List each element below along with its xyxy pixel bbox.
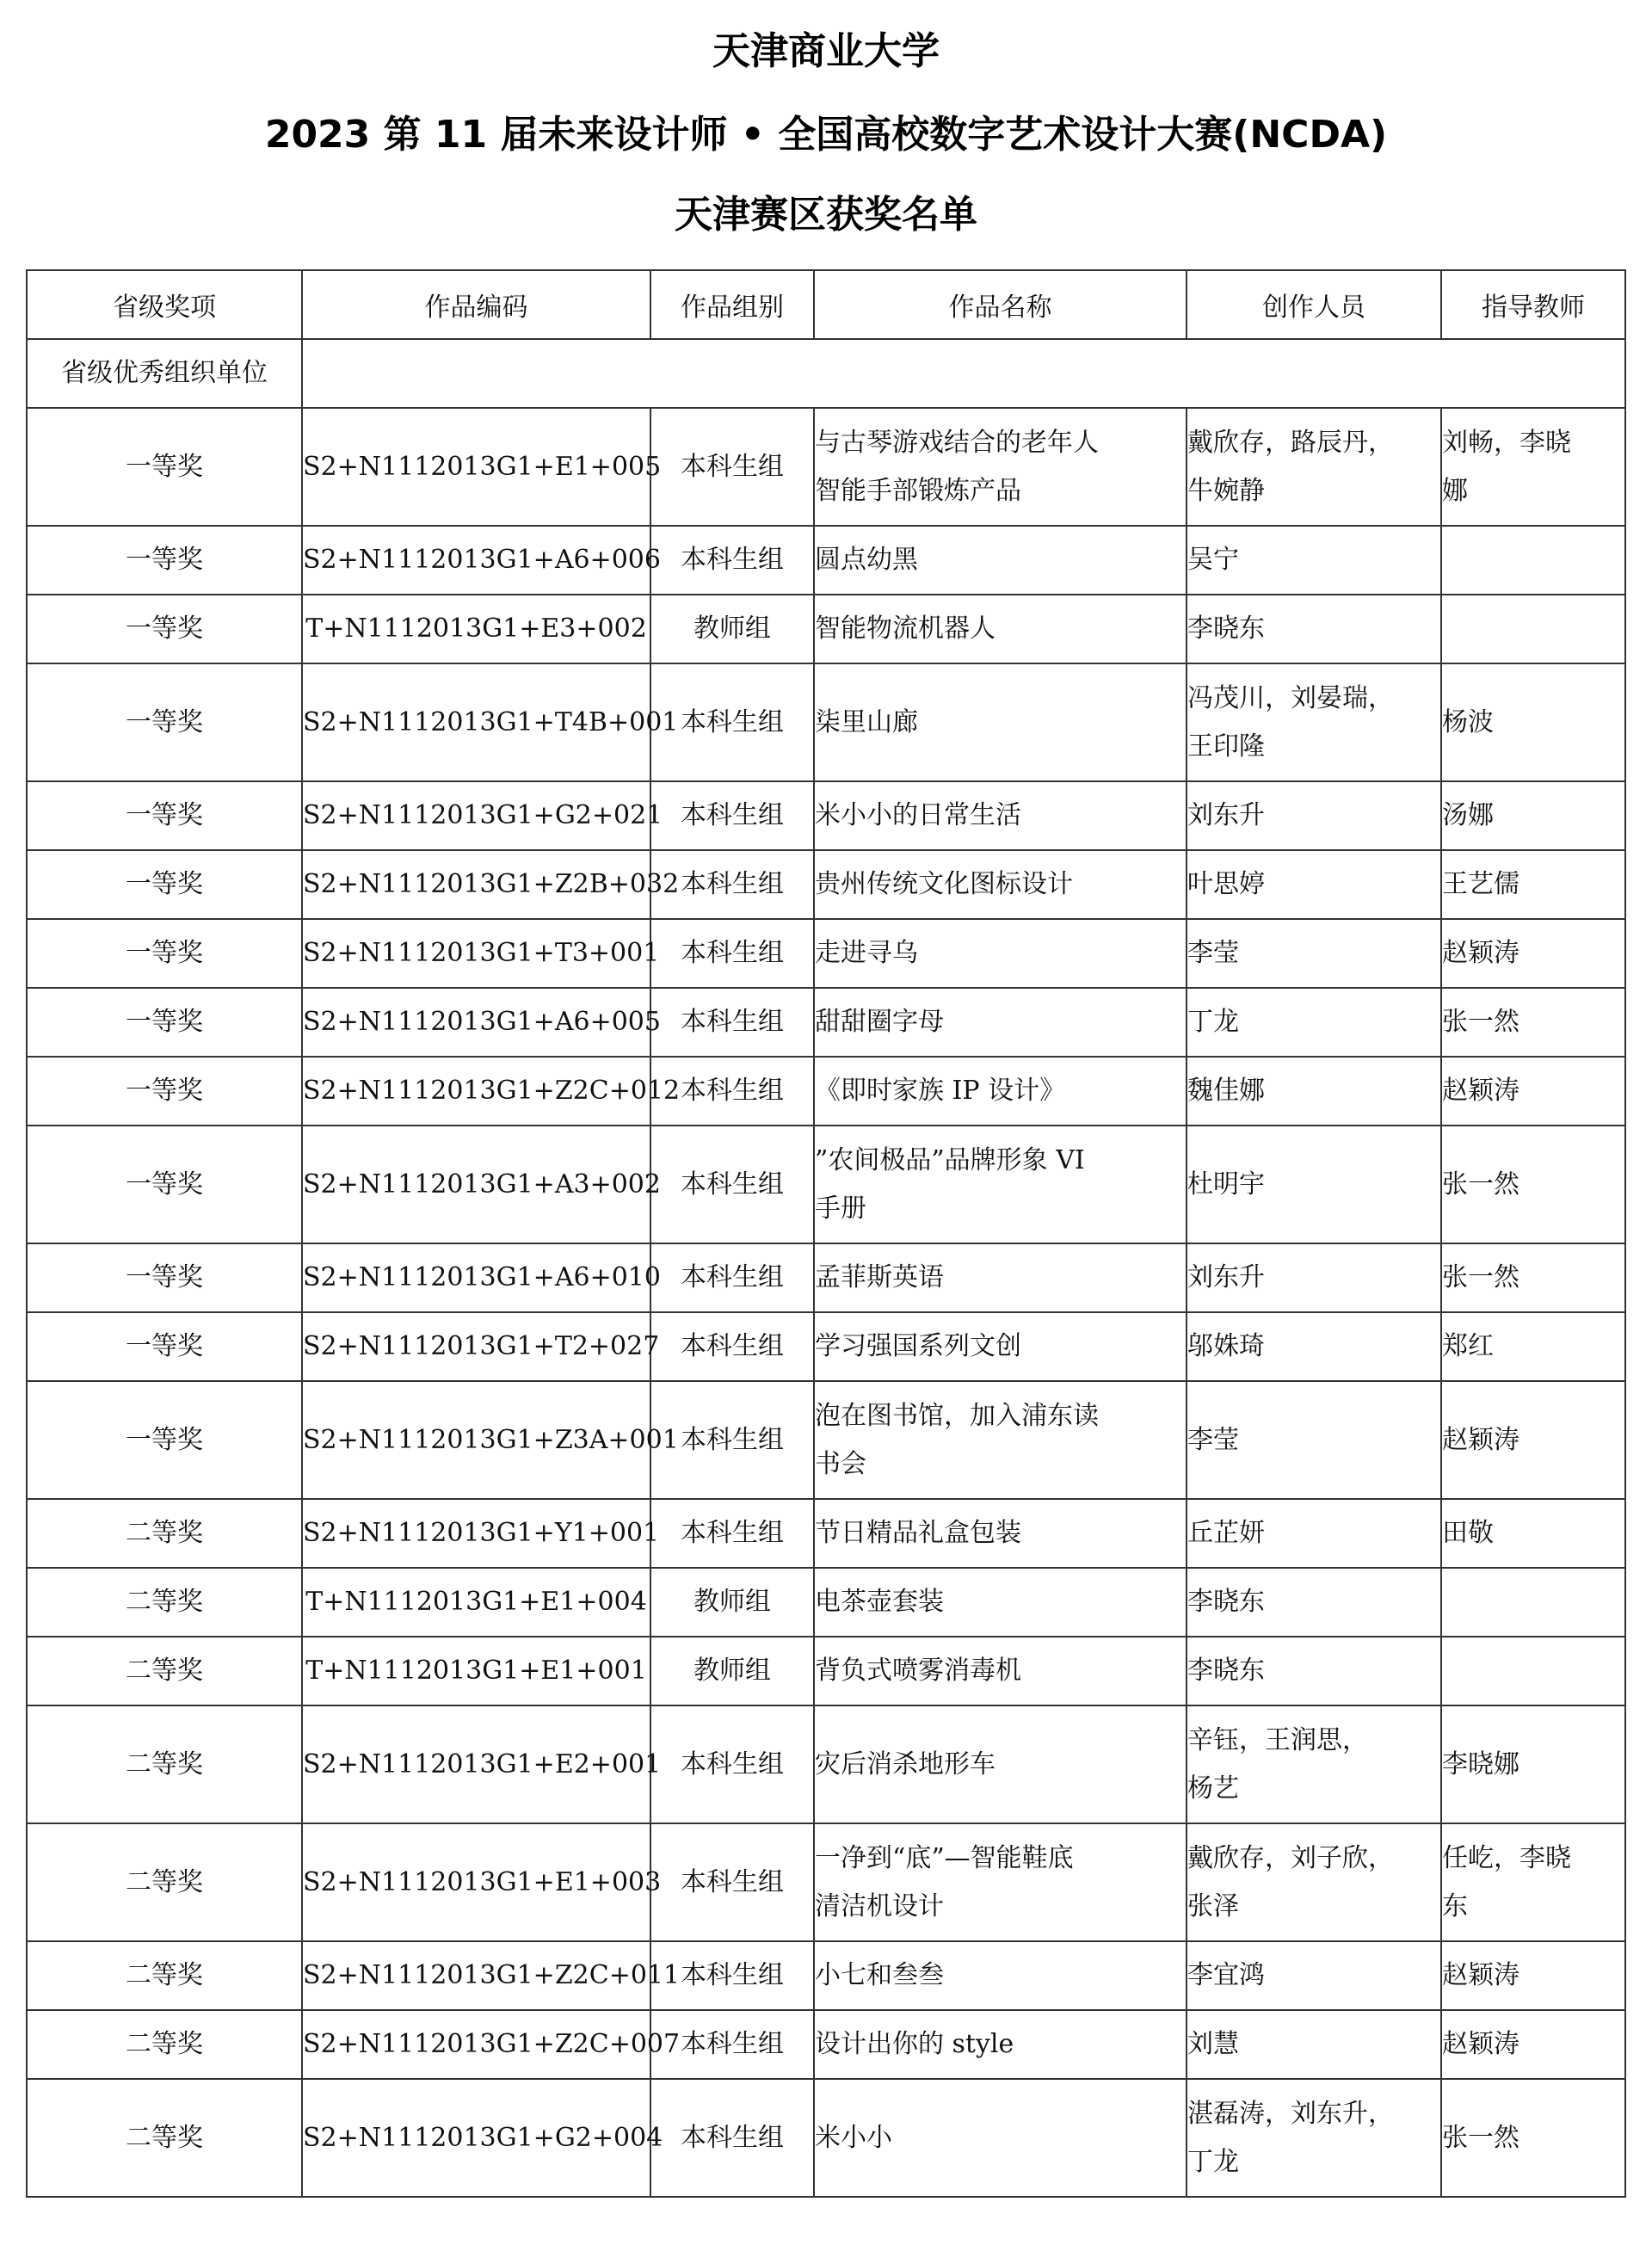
cell-award: 一等奖	[27, 781, 302, 850]
cell-group: 本科生组	[650, 1499, 814, 1568]
cell-text-award: 二等奖	[28, 1952, 301, 2000]
column-header-code: 作品编码	[302, 270, 650, 339]
cell-award: 二等奖	[27, 2079, 302, 2197]
cell-text-award: 二等奖	[28, 1647, 301, 1695]
cell-group: 本科生组	[650, 2079, 814, 2197]
cell-title: 与古琴游戏结合的老年人 智能手部锻炼产品	[814, 408, 1187, 526]
cell-code: S2+N1112013G1+Z2C+011	[302, 1941, 650, 2010]
cell-text-title: 米小小的日常生活	[815, 792, 1186, 840]
cell-text-group: 本科生组	[651, 1254, 813, 1302]
cell-text-title: 与古琴游戏结合的老年人 智能手部锻炼产品	[815, 419, 1186, 515]
cell-text-code: S2+N1112013G1+A6+010	[303, 1254, 650, 1302]
cell-text-creators: 刘东升	[1187, 792, 1440, 840]
cell-text-code: S2+N1112013G1+Z3A+001	[303, 1416, 650, 1465]
cell-award: 一等奖	[27, 1381, 302, 1499]
cell-text-award: 二等奖	[28, 1578, 301, 1626]
cell-text-advisors: 张一然	[1442, 998, 1624, 1046]
cell-text-code: S2+N1112013G1+Z2C+007	[303, 2020, 650, 2069]
cell-award: 二等奖	[27, 1637, 302, 1705]
cell-text-code: S2+N1112013G1+E1+003	[303, 1859, 650, 1907]
cell-text-code: S2+N1112013G1+Z2C+012	[303, 1067, 650, 1115]
cell-text-title: 电茶壶套装	[815, 1578, 1186, 1626]
cell-code: S2+N1112013G1+A6+006	[302, 526, 650, 595]
competition-title: 2023 第 11 届未来设计师 • 全国高校数字艺术设计大赛(NCDA)	[0, 116, 1652, 154]
cell-text-group: 本科生组	[651, 1323, 813, 1371]
cell-text-creators: 李莹	[1187, 929, 1440, 978]
cell-creators: 叶思婷	[1187, 850, 1441, 919]
cell-code: T+N1112013G1+E1+004	[302, 1568, 650, 1637]
cell-award: 一等奖	[27, 1312, 302, 1381]
table-row: 一等奖 S2+N1112013G1+T4B+001 本科生组 柒里山廊 冯茂川，…	[27, 663, 1625, 781]
cell-title: 设计出你的 style	[814, 2010, 1187, 2079]
cell-text-creators: 李晓东	[1187, 1647, 1440, 1695]
cell-text-code: S2+N1112013G1+A6+006	[303, 536, 650, 584]
cell-creators: 戴欣存，路辰丹， 牛婉静	[1187, 408, 1441, 526]
cell-code: S2+N1112013G1+A6+010	[302, 1243, 650, 1312]
cell-creators: 李晓东	[1187, 1568, 1441, 1637]
cell-text-code: T+N1112013G1+E1+004	[303, 1578, 650, 1626]
cell-group: 本科生组	[650, 408, 814, 526]
cell-text-title: 智能物流机器人	[815, 605, 1186, 653]
cell-award: 一等奖	[27, 526, 302, 595]
cell-title: 米小小的日常生活	[814, 781, 1187, 850]
cell-text-creators: 李宜鸿	[1187, 1952, 1440, 2000]
cell-code: S2+N1112013G1+T2+027	[302, 1312, 650, 1381]
table-row: 一等奖 S2+N1112013G1+A3+002 本科生组 ”农间极品”品牌形象…	[27, 1126, 1625, 1243]
cell-text-code: S2+N1112013G1+Y1+001	[303, 1509, 650, 1557]
cell-creators: 丘芷妍	[1187, 1499, 1441, 1568]
cell-text-award: 一等奖	[28, 699, 301, 747]
cell-text-award: 二等奖	[28, 2114, 301, 2162]
cell-code: T+N1112013G1+E3+002	[302, 595, 650, 663]
cell-title: 小七和叁叁	[814, 1941, 1187, 2010]
cell-advisors: 张一然	[1441, 1126, 1625, 1243]
column-header-creators: 创作人员	[1187, 270, 1441, 339]
cell-text-advisors: 赵颖涛	[1442, 2020, 1624, 2069]
table-row: 一等奖 S2+N1112013G1+Z3A+001 本科生组 泡在图书馆，加入浦…	[27, 1381, 1625, 1499]
cell-text-title: 贵州传统文化图标设计	[815, 860, 1186, 909]
table-row: 一等奖 S2+N1112013G1+Z2B+032 本科生组 贵州传统文化图标设…	[27, 850, 1625, 919]
cell-text-award: 二等奖	[28, 1859, 301, 1907]
cell-text-creators: 李晓东	[1187, 1578, 1440, 1626]
cell-text-advisors: 张一然	[1442, 1254, 1624, 1302]
cell-text-title: ”农间极品”品牌形象 VI 手册	[815, 1137, 1186, 1233]
cell-title: 《即时家族 IP 设计》	[814, 1057, 1187, 1126]
column-header-group: 作品组别	[650, 270, 814, 339]
cell-code: S2+N1112013G1+A3+002	[302, 1126, 650, 1243]
cell-text-title: 学习强国系列文创	[815, 1323, 1186, 1371]
university-title: 天津商业大学	[0, 33, 1652, 71]
cell-text-title: 小七和叁叁	[815, 1952, 1186, 2000]
cell-code: S2+N1112013G1+T4B+001	[302, 663, 650, 781]
cell-text-award: 一等奖	[28, 792, 301, 840]
cell-group: 教师组	[650, 595, 814, 663]
cell-code: T+N1112013G1+E1+001	[302, 1637, 650, 1705]
column-header-advisors: 指导教师	[1441, 270, 1625, 339]
cell-advisors	[1441, 595, 1625, 663]
cell-text-creators: 刘东升	[1187, 1254, 1440, 1302]
cell-text-title: 《即时家族 IP 设计》	[815, 1067, 1186, 1115]
cell-creators: 湛磊涛，刘东升， 丁龙	[1187, 2079, 1441, 2197]
cell-text-code: S2+N1112013G1+G2+021	[303, 792, 650, 840]
cell-creators: 魏佳娜	[1187, 1057, 1441, 1126]
cell-group: 教师组	[650, 1637, 814, 1705]
cell-creators: 李晓东	[1187, 1637, 1441, 1705]
table-row: 一等奖 S2+N1112013G1+E1+005 本科生组 与古琴游戏结合的老年…	[27, 408, 1625, 526]
cell-text-group: 教师组	[651, 1647, 813, 1695]
cell-advisors: 赵颖涛	[1441, 2010, 1625, 2079]
cell-group: 教师组	[650, 1568, 814, 1637]
cell-text-creators: 吴宁	[1187, 536, 1440, 584]
cell-text-advisors: 郑红	[1442, 1323, 1624, 1371]
cell-advisors: 李晓娜	[1441, 1705, 1625, 1823]
cell-text-advisors: 张一然	[1442, 1161, 1624, 1209]
cell-text-award: 一等奖	[28, 1067, 301, 1115]
cell-code: S2+N1112013G1+G2+004	[302, 2079, 650, 2197]
cell-text-group: 本科生组	[651, 929, 813, 978]
cell-text-code: S2+N1112013G1+T2+027	[303, 1323, 650, 1371]
cell-advisors	[1441, 1637, 1625, 1705]
cell-award: 二等奖	[27, 1941, 302, 2010]
cell-title: 米小小	[814, 2079, 1187, 2197]
table-header: 省级奖项 作品编码 作品组别 作品名称 创作人员 指导教师	[27, 270, 1625, 339]
cell-award: 一等奖	[27, 595, 302, 663]
cell-text-title: 孟菲斯英语	[815, 1254, 1186, 1302]
cell-text-title: 设计出你的 style	[815, 2020, 1186, 2069]
cell-award: 二等奖	[27, 1705, 302, 1823]
cell-award: 一等奖	[27, 1243, 302, 1312]
cell-text-group: 教师组	[651, 1578, 813, 1626]
cell-title: 电茶壶套装	[814, 1568, 1187, 1637]
cell-text-group: 本科生组	[651, 443, 813, 491]
cell-group: 本科生组	[650, 1312, 814, 1381]
cell-advisors: 田敬	[1441, 1499, 1625, 1568]
cell-advisors	[1441, 1568, 1625, 1637]
cell-group: 本科生组	[650, 781, 814, 850]
cell-advisors: 张一然	[1441, 2079, 1625, 2197]
cell-text-advisors: 刘畅，李晓 娜	[1442, 419, 1624, 515]
cell-advisors: 任屹，李晓 东	[1441, 1823, 1625, 1941]
cell-creators: 辛钰，王润思， 杨艺	[1187, 1705, 1441, 1823]
cell-group: 本科生组	[650, 1126, 814, 1243]
cell-text-title: 甜甜圈字母	[815, 998, 1186, 1046]
cell-text-group: 本科生组	[651, 998, 813, 1046]
table-row: 二等奖 T+N1112013G1+E1+001 教师组 背负式喷雾消毒机 李晓东	[27, 1637, 1625, 1705]
cell-creators: 刘东升	[1187, 1243, 1441, 1312]
cell-text-creators: 叶思婷	[1187, 860, 1440, 909]
cell-text-group: 本科生组	[651, 1741, 813, 1789]
cell-text-creators: 戴欣存，路辰丹， 牛婉静	[1187, 419, 1440, 515]
cell-group: 本科生组	[650, 1705, 814, 1823]
table-row: 二等奖 S2+N1112013G1+G2+004 本科生组 米小小 湛磊涛，刘东…	[27, 2079, 1625, 2197]
table-row: 二等奖 S2+N1112013G1+E1+003 本科生组 一净到“底”—智能鞋…	[27, 1823, 1625, 1941]
table-row: 二等奖 S2+N1112013G1+Y1+001 本科生组 节日精品礼盒包装 丘…	[27, 1499, 1625, 1568]
cell-text-title: 节日精品礼盒包装	[815, 1509, 1186, 1557]
cell-advisors: 汤娜	[1441, 781, 1625, 850]
cell-text-code: S2+N1112013G1+A3+002	[303, 1161, 650, 1209]
table-row: 一等奖 S2+N1112013G1+A6+006 本科生组 圆点幼黑 吴宁	[27, 526, 1625, 595]
cell-text-creators: 李莹	[1187, 1416, 1440, 1465]
awards-table: 省级奖项 作品编码 作品组别 作品名称 创作人员 指导教师 省级优秀组织单位 一…	[26, 269, 1626, 2198]
cell-title: ”农间极品”品牌形象 VI 手册	[814, 1126, 1187, 1243]
cell-text-creators: 辛钰，王润思， 杨艺	[1187, 1717, 1440, 1813]
table-row: 一等奖 T+N1112013G1+E3+002 教师组 智能物流机器人 李晓东	[27, 595, 1625, 663]
cell-code: S2+N1112013G1+E1+003	[302, 1823, 650, 1941]
column-header-award: 省级奖项	[27, 270, 302, 339]
cell-creators: 冯茂川，刘晏瑞， 王印隆	[1187, 663, 1441, 781]
cell-award: 一等奖	[27, 919, 302, 988]
cell-text-award: 一等奖	[28, 860, 301, 909]
cell-text-code: S2+N1112013G1+Z2C+011	[303, 1952, 650, 2000]
org-row: 省级优秀组织单位	[27, 339, 1625, 408]
cell-group: 本科生组	[650, 1243, 814, 1312]
cell-advisors: 杨波	[1441, 663, 1625, 781]
column-header-title: 作品名称	[814, 270, 1187, 339]
table-row: 一等奖 S2+N1112013G1+A6+010 本科生组 孟菲斯英语 刘东升 …	[27, 1243, 1625, 1312]
table-row: 二等奖 T+N1112013G1+E1+004 教师组 电茶壶套装 李晓东	[27, 1568, 1625, 1637]
cell-title: 节日精品礼盒包装	[814, 1499, 1187, 1568]
cell-text-title: 圆点幼黑	[815, 536, 1186, 584]
cell-text-title: 泡在图书馆，加入浦东读 书会	[815, 1392, 1186, 1489]
cell-text-code: S2+N1112013G1+E2+001	[303, 1741, 650, 1789]
cell-text-code: S2+N1112013G1+G2+004	[303, 2114, 650, 2162]
cell-text-creators: 李晓东	[1187, 605, 1440, 653]
cell-text-title: 一净到“底”—智能鞋底 清洁机设计	[815, 1835, 1186, 1931]
cell-text-creators: 杜明宇	[1187, 1161, 1440, 1209]
cell-code: S2+N1112013G1+E1+005	[302, 408, 650, 526]
table-body: 省级优秀组织单位 一等奖 S2+N1112013G1+E1+005 本科生组 与…	[27, 339, 1625, 2197]
cell-text-advisors: 赵颖涛	[1442, 929, 1624, 978]
cell-text-group: 本科生组	[651, 1859, 813, 1907]
cell-text-award: 一等奖	[28, 1323, 301, 1371]
cell-creators: 丁龙	[1187, 988, 1441, 1057]
cell-creators: 吴宁	[1187, 526, 1441, 595]
cell-advisors: 郑红	[1441, 1312, 1625, 1381]
cell-text-title: 米小小	[815, 2114, 1186, 2162]
cell-text-award: 一等奖	[28, 929, 301, 978]
cell-text-advisors: 赵颖涛	[1442, 1067, 1624, 1115]
org-row-label: 省级优秀组织单位	[27, 339, 302, 408]
cell-text-code: S2+N1112013G1+E1+005	[303, 443, 650, 491]
cell-text-advisors: 李晓娜	[1442, 1741, 1624, 1789]
cell-code: S2+N1112013G1+Y1+001	[302, 1499, 650, 1568]
cell-award: 二等奖	[27, 2010, 302, 2079]
cell-award: 二等奖	[27, 1499, 302, 1568]
cell-advisors: 赵颖涛	[1441, 1057, 1625, 1126]
cell-code: S2+N1112013G1+Z3A+001	[302, 1381, 650, 1499]
cell-text-title: 背负式喷雾消毒机	[815, 1647, 1186, 1695]
cell-text-group: 本科生组	[651, 1509, 813, 1557]
table-row: 一等奖 S2+N1112013G1+T3+001 本科生组 走进寻乌 李莹 赵颖…	[27, 919, 1625, 988]
cell-creators: 刘慧	[1187, 2010, 1441, 2079]
cell-title: 贵州传统文化图标设计	[814, 850, 1187, 919]
cell-code: S2+N1112013G1+Z2C+007	[302, 2010, 650, 2079]
table-row: 二等奖 S2+N1112013G1+Z2C+011 本科生组 小七和叁叁 李宜鸿…	[27, 1941, 1625, 2010]
cell-text-group: 本科生组	[651, 792, 813, 840]
cell-advisors: 张一然	[1441, 988, 1625, 1057]
cell-text-award: 一等奖	[28, 998, 301, 1046]
cell-text-code: S2+N1112013G1+Z2B+032	[303, 860, 650, 909]
cell-group: 本科生组	[650, 1823, 814, 1941]
cell-title: 一净到“底”—智能鞋底 清洁机设计	[814, 1823, 1187, 1941]
table-row: 一等奖 S2+N1112013G1+G2+021 本科生组 米小小的日常生活 刘…	[27, 781, 1625, 850]
cell-text-award: 二等奖	[28, 1509, 301, 1557]
cell-advisors: 刘畅，李晓 娜	[1441, 408, 1625, 526]
cell-text-code: T+N1112013G1+E3+002	[303, 605, 650, 653]
cell-creators: 李莹	[1187, 1381, 1441, 1499]
cell-code: S2+N1112013G1+E2+001	[302, 1705, 650, 1823]
cell-title: 圆点幼黑	[814, 526, 1187, 595]
cell-text-title: 灾后消杀地形车	[815, 1741, 1186, 1789]
cell-text-group: 本科生组	[651, 2114, 813, 2162]
cell-title: 泡在图书馆，加入浦东读 书会	[814, 1381, 1187, 1499]
list-title: 天津赛区获奖名单	[0, 196, 1652, 234]
cell-award: 一等奖	[27, 1126, 302, 1243]
cell-text-code: T+N1112013G1+E1+001	[303, 1647, 650, 1695]
cell-text-advisors: 任屹，李晓 东	[1442, 1835, 1624, 1931]
cell-creators: 刘东升	[1187, 781, 1441, 850]
cell-text-award: 一等奖	[28, 1161, 301, 1209]
cell-text-creators: 冯茂川，刘晏瑞， 王印隆	[1187, 675, 1440, 771]
cell-text-group: 本科生组	[651, 536, 813, 584]
table-row: 二等奖 S2+N1112013G1+E2+001 本科生组 灾后消杀地形车 辛钰…	[27, 1705, 1625, 1823]
cell-advisors: 赵颖涛	[1441, 919, 1625, 988]
cell-text-group: 本科生组	[651, 1161, 813, 1209]
cell-text-creators: 湛磊涛，刘东升， 丁龙	[1187, 2090, 1440, 2186]
cell-text-creators: 魏佳娜	[1187, 1067, 1440, 1115]
cell-group: 本科生组	[650, 526, 814, 595]
cell-award: 二等奖	[27, 1568, 302, 1637]
cell-award: 一等奖	[27, 988, 302, 1057]
cell-creators: 邬姝琦	[1187, 1312, 1441, 1381]
cell-text-creators: 邬姝琦	[1187, 1323, 1440, 1371]
cell-text-advisors: 田敬	[1442, 1509, 1624, 1557]
cell-title: 背负式喷雾消毒机	[814, 1637, 1187, 1705]
cell-title: 智能物流机器人	[814, 595, 1187, 663]
cell-advisors	[1441, 526, 1625, 595]
cell-advisors: 赵颖涛	[1441, 1941, 1625, 2010]
cell-text-advisors: 王艺儒	[1442, 860, 1624, 909]
cell-text-group: 教师组	[651, 605, 813, 653]
cell-creators: 戴欣存，刘子欣， 张泽	[1187, 1823, 1441, 1941]
cell-text-award: 一等奖	[28, 536, 301, 584]
cell-advisors: 赵颖涛	[1441, 1381, 1625, 1499]
cell-award: 一等奖	[27, 1057, 302, 1126]
cell-text-award: 一等奖	[28, 1254, 301, 1302]
cell-creators: 李晓东	[1187, 595, 1441, 663]
cell-title: 孟菲斯英语	[814, 1243, 1187, 1312]
table-row: 一等奖 S2+N1112013G1+A6+005 本科生组 甜甜圈字母 丁龙 张…	[27, 988, 1625, 1057]
cell-advisors: 王艺儒	[1441, 850, 1625, 919]
cell-title: 柒里山廊	[814, 663, 1187, 781]
cell-code: S2+N1112013G1+Z2B+032	[302, 850, 650, 919]
cell-award: 一等奖	[27, 850, 302, 919]
cell-advisors: 张一然	[1441, 1243, 1625, 1312]
cell-text-award: 一等奖	[28, 443, 301, 491]
cell-award: 一等奖	[27, 408, 302, 526]
cell-creators: 李莹	[1187, 919, 1441, 988]
cell-title: 甜甜圈字母	[814, 988, 1187, 1057]
cell-code: S2+N1112013G1+Z2C+012	[302, 1057, 650, 1126]
cell-title: 学习强国系列文创	[814, 1312, 1187, 1381]
cell-creators: 李宜鸿	[1187, 1941, 1441, 2010]
cell-code: S2+N1112013G1+A6+005	[302, 988, 650, 1057]
cell-text-award: 一等奖	[28, 605, 301, 653]
cell-text-title: 柒里山廊	[815, 699, 1186, 747]
cell-text-advisors: 杨波	[1442, 699, 1624, 747]
org-row-value	[302, 339, 1625, 408]
cell-text-code: S2+N1112013G1+T4B+001	[303, 699, 650, 747]
cell-text-title: 走进寻乌	[815, 929, 1186, 978]
cell-code: S2+N1112013G1+G2+021	[302, 781, 650, 850]
table-row: 一等奖 S2+N1112013G1+Z2C+012 本科生组 《即时家族 IP …	[27, 1057, 1625, 1126]
cell-text-creators: 丁龙	[1187, 998, 1440, 1046]
cell-text-award: 一等奖	[28, 1416, 301, 1465]
cell-text-creators: 丘芷妍	[1187, 1509, 1440, 1557]
cell-creators: 杜明宇	[1187, 1126, 1441, 1243]
table-row: 一等奖 S2+N1112013G1+T2+027 本科生组 学习强国系列文创 邬…	[27, 1312, 1625, 1381]
cell-text-code: S2+N1112013G1+T3+001	[303, 929, 650, 978]
cell-group: 本科生组	[650, 988, 814, 1057]
cell-text-award: 二等奖	[28, 1741, 301, 1789]
cell-text-creators: 刘慧	[1187, 2020, 1440, 2069]
cell-code: S2+N1112013G1+T3+001	[302, 919, 650, 988]
cell-award: 二等奖	[27, 1823, 302, 1941]
cell-text-advisors: 汤娜	[1442, 792, 1624, 840]
table-row: 二等奖 S2+N1112013G1+Z2C+007 本科生组 设计出你的 sty…	[27, 2010, 1625, 2079]
cell-text-creators: 戴欣存，刘子欣， 张泽	[1187, 1835, 1440, 1931]
cell-award: 一等奖	[27, 663, 302, 781]
cell-text-advisors: 张一然	[1442, 2114, 1624, 2162]
cell-text-advisors: 赵颖涛	[1442, 1952, 1624, 2000]
cell-group: 本科生组	[650, 919, 814, 988]
cell-text-code: S2+N1112013G1+A6+005	[303, 998, 650, 1046]
cell-text-advisors: 赵颖涛	[1442, 1416, 1624, 1465]
header-row: 省级奖项 作品编码 作品组别 作品名称 创作人员 指导教师	[27, 270, 1625, 339]
cell-title: 灾后消杀地形车	[814, 1705, 1187, 1823]
cell-title: 走进寻乌	[814, 919, 1187, 988]
cell-text-award: 二等奖	[28, 2020, 301, 2069]
